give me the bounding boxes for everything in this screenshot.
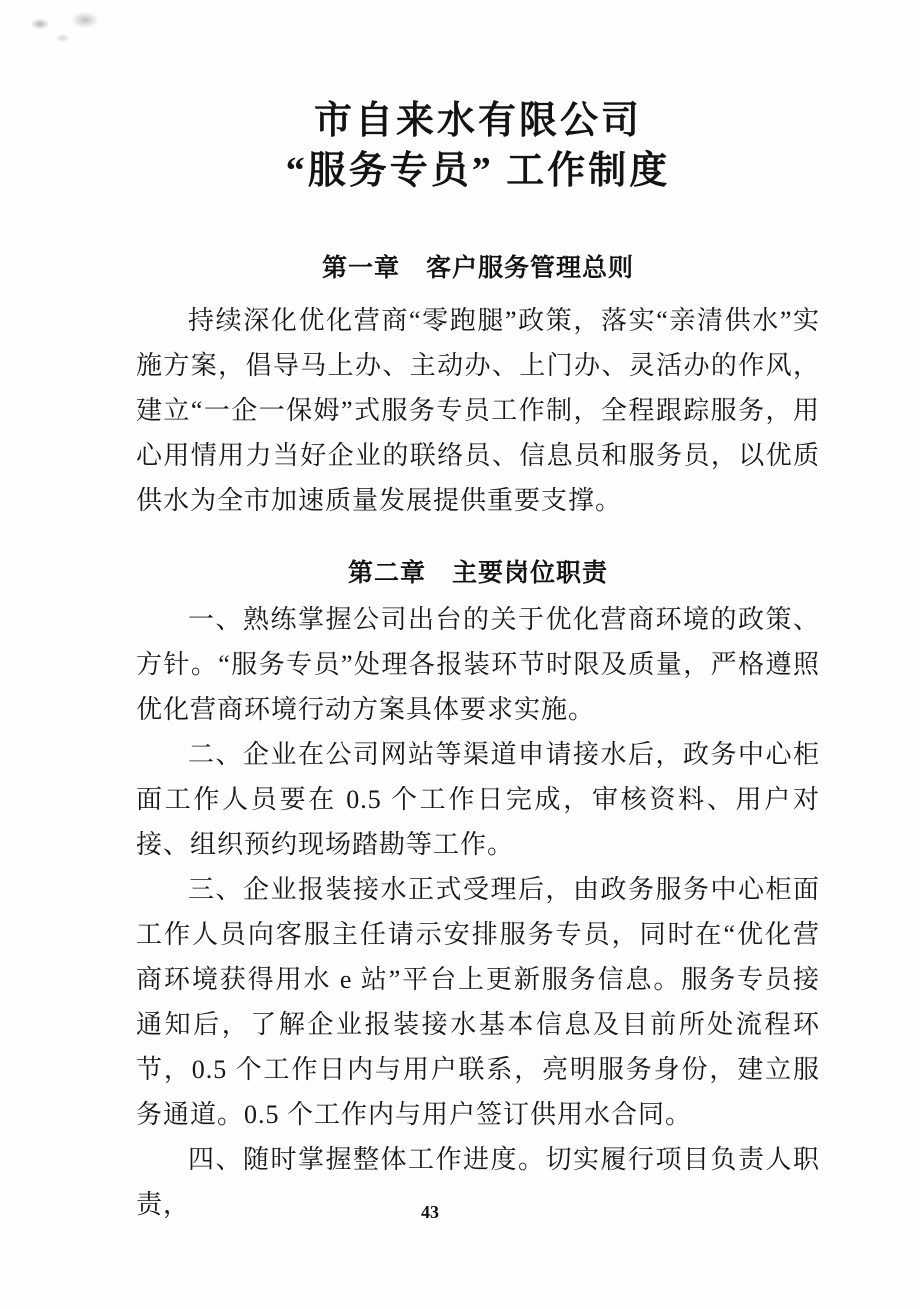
document-title-line-1: 市自来水有限公司 xyxy=(136,96,820,146)
document-title: 市自来水有限公司 “服务专员” 工作制度 xyxy=(136,96,820,196)
chapter-2-paragraph-2: 二、企业在公司网站等渠道申请接水后，政务中心柜面工作人员要在 0.5 个工作日完… xyxy=(136,732,820,867)
chapter-2-heading: 第二章 主要岗位职责 xyxy=(136,559,820,589)
scan-smudge-artifact xyxy=(22,8,112,48)
document-page: 市自来水有限公司 “服务专员” 工作制度 第一章 客户服务管理总则 持续深化优化… xyxy=(0,0,920,1309)
chapter-2-paragraph-3: 三、企业报装接水正式受理后，由政务服务中心柜面工作人员向客服主任请示安排服务专员… xyxy=(136,867,820,1137)
page-number: 43 xyxy=(0,1202,860,1223)
document-title-line-2: “服务专员” 工作制度 xyxy=(136,146,820,196)
chapter-1-heading: 第一章 客户服务管理总则 xyxy=(136,254,820,284)
chapter-1-paragraph-1: 持续深化优化营商“零跑腿”政策，落实“亲清供水”实施方案，倡导马上办、主动办、上… xyxy=(136,298,820,523)
chapter-2-paragraph-1: 一、熟练掌握公司出台的关于优化营商环境的政策、方针。“服务专员”处理各报装环节时… xyxy=(136,597,820,732)
